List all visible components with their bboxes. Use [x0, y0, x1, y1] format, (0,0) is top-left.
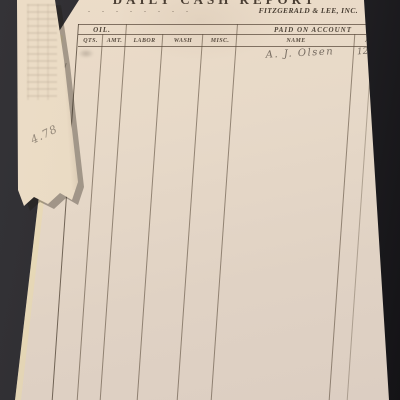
handwritten-amount-dollars: 12 [357, 47, 369, 58]
column-header-amt-paid: AMT. [355, 37, 391, 45]
handwritten-amount-cents: 31 [375, 49, 387, 60]
rule-wash-misc [177, 34, 204, 400]
company-name: FITZGERALD & LEE, INC. [240, 6, 358, 15]
rule-oil-labor [100, 24, 127, 400]
column-header-amt-oil: AMT. [103, 37, 126, 45]
rule-qts-amt [77, 34, 104, 400]
group-header-paid-on-account: PAID ON ACCOUNT [237, 26, 389, 34]
column-header-misc: MISC. [203, 37, 237, 45]
column-header-labor: LABOR [126, 37, 163, 45]
group-header-oil: OIL. [78, 26, 126, 34]
column-header-qts: QTS. [78, 37, 103, 45]
handwritten-name: A. J. Olsen [247, 45, 353, 62]
rule-misc-name [211, 24, 238, 400]
slip-faint-carbon-marks [27, 4, 57, 100]
rule-name-amt [329, 34, 356, 400]
column-header-wash: WASH [163, 37, 203, 45]
scanner-background: DAILY CASH REPORT . . . . . . . . FITZGE… [0, 0, 400, 400]
rule-cents [347, 46, 373, 400]
group-header-rule [78, 34, 392, 35]
rule-labor-wash [137, 34, 164, 400]
date-dotted-line: . . . . . . . . [88, 5, 228, 14]
pencil-smudge [78, 49, 94, 58]
slip-handwritten-amount: 4.78 [29, 122, 60, 146]
column-header-name: NAME [237, 37, 355, 45]
